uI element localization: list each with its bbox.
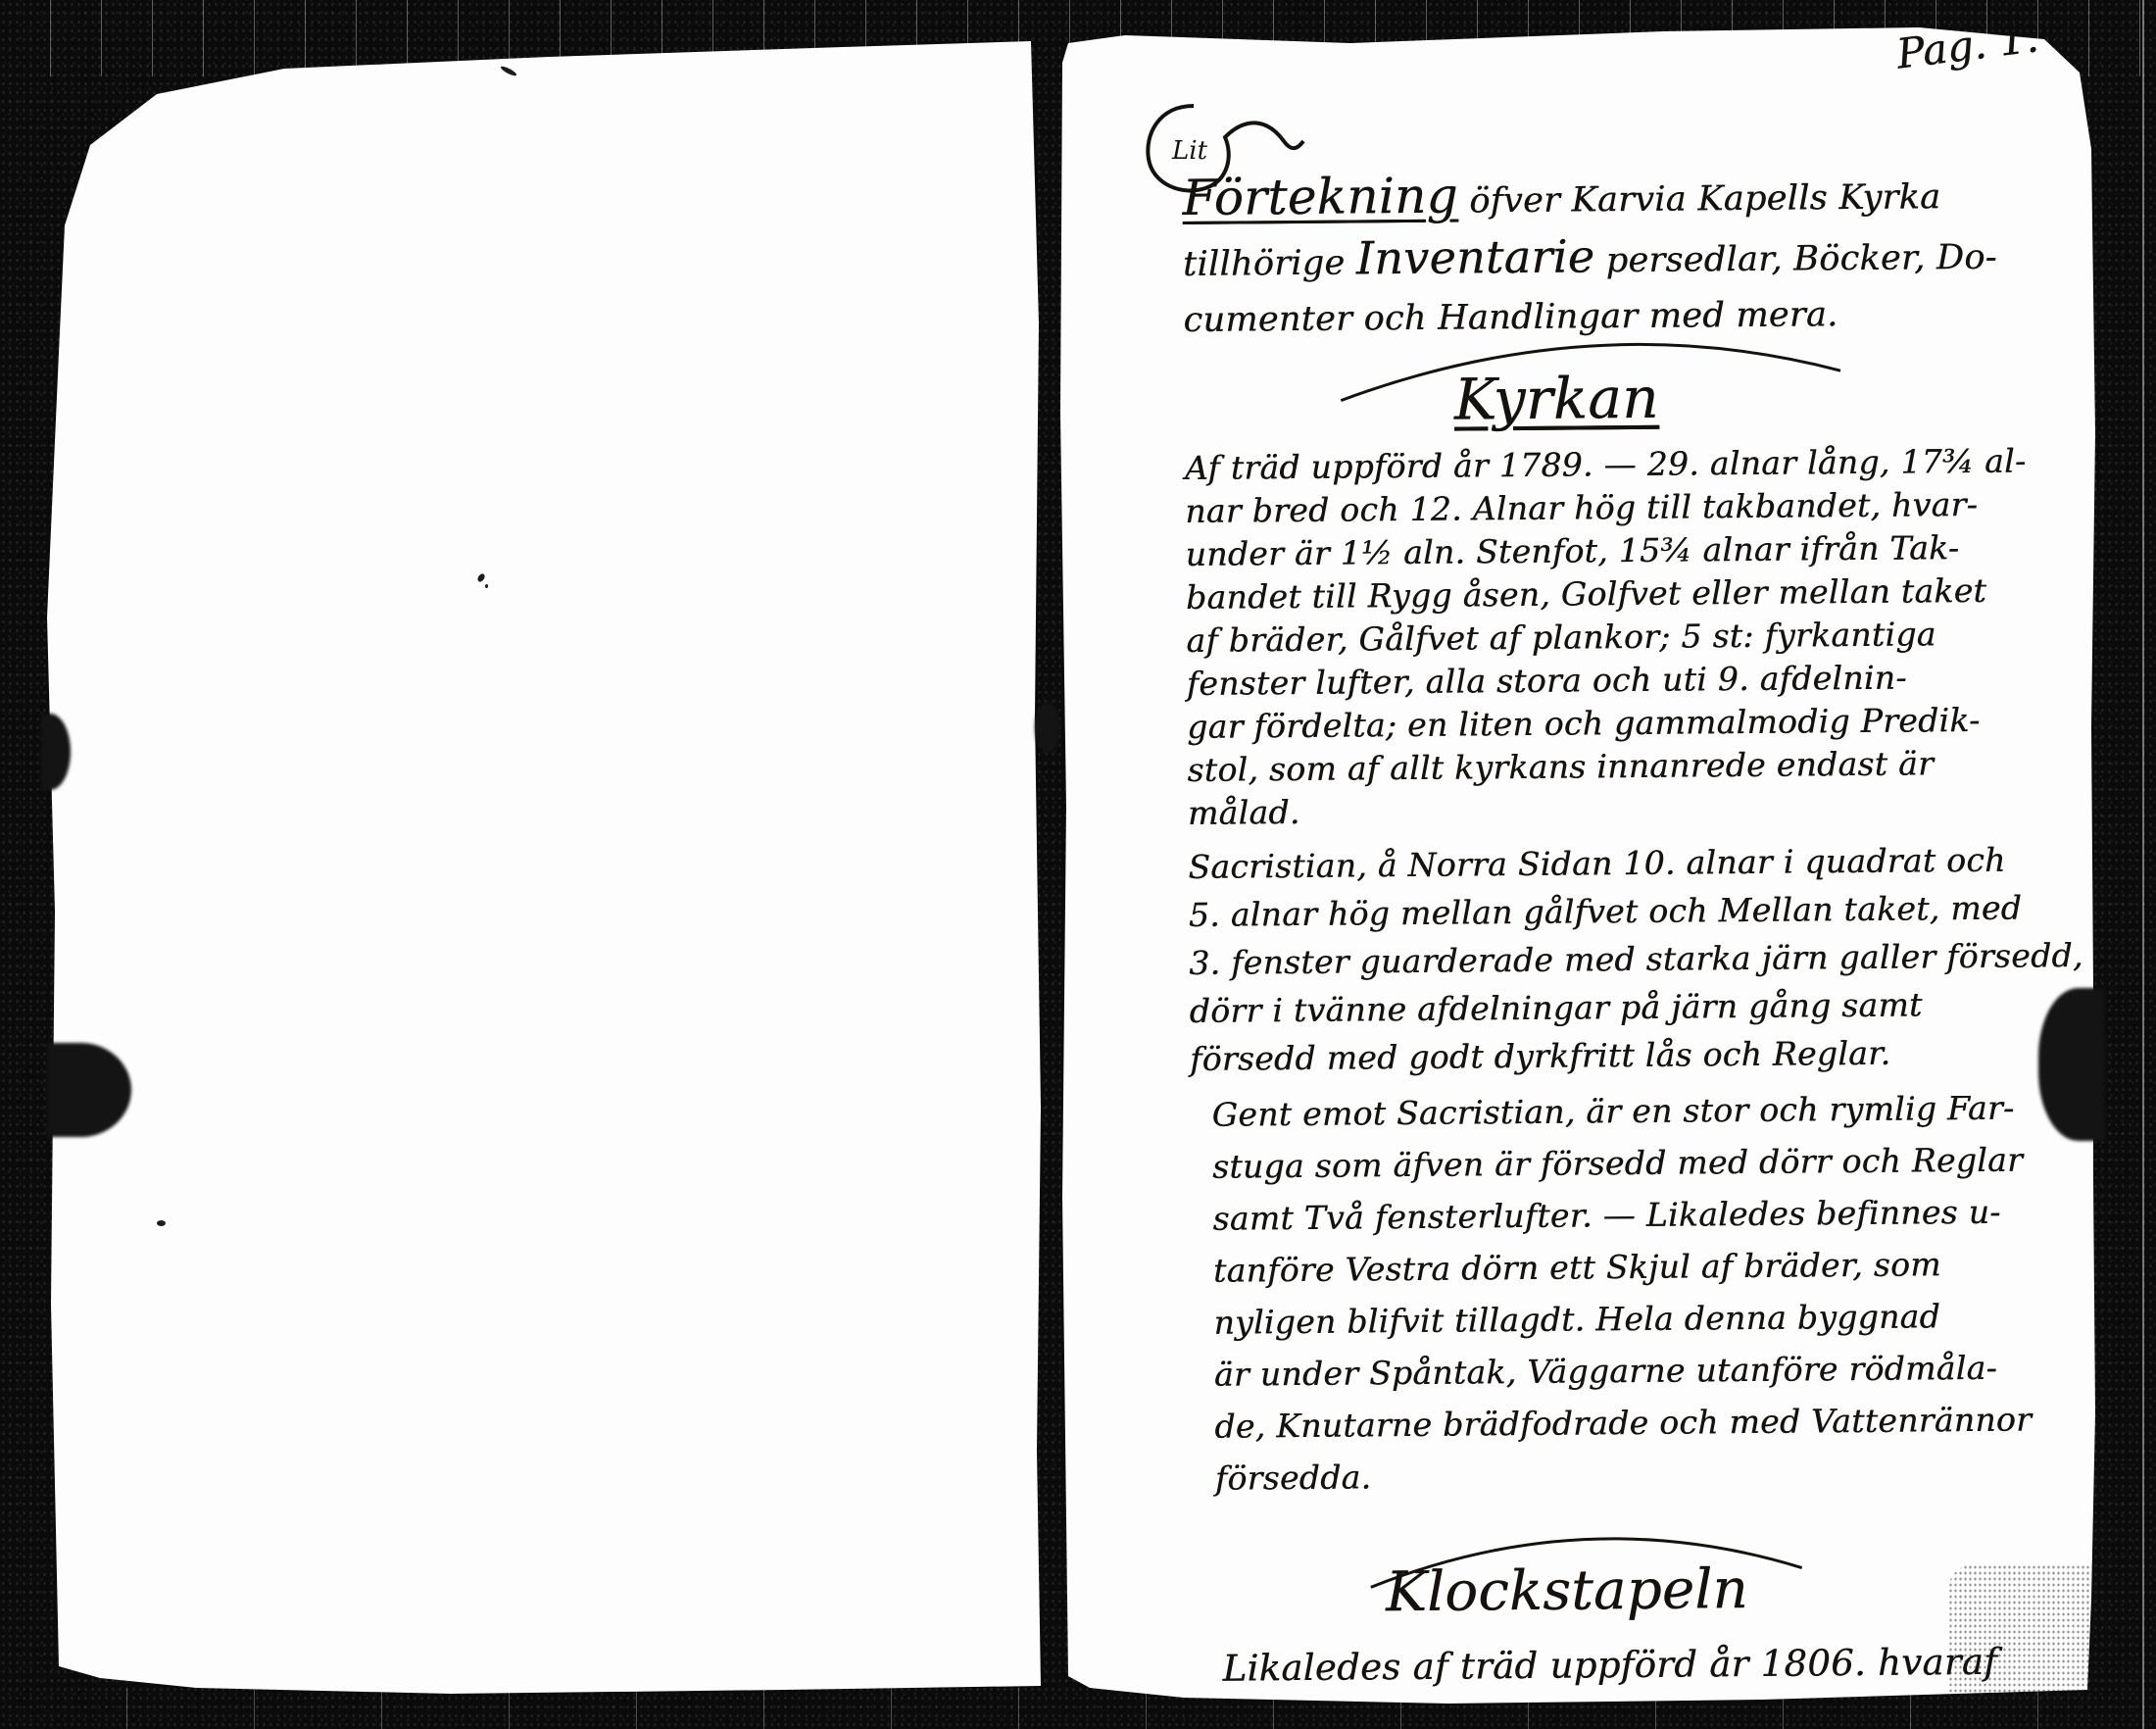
manuscript-line: under är 1½ aln. Stenfot, 15¾ alnar ifrå… — [1185, 525, 2077, 576]
manuscript-line: försedd med godt dyrkfritt lås och Regla… — [1190, 1027, 2082, 1083]
manuscript-line: gar fördelta; en liten och gammalmodig P… — [1187, 698, 2079, 749]
manuscript-line: nyligen blifvit tillagdt. Hela denna byg… — [1192, 1289, 2083, 1349]
manuscript-line: 3. fenster guarderade med starka järn ga… — [1189, 931, 2081, 987]
manuscript-line: nar bred och 12. Alnar hög till takbande… — [1185, 482, 2077, 533]
paragraph-sacristy: Sacristian, å Norra Sidan 10. alnar i qu… — [1188, 835, 2082, 1083]
title-line-2-rest: persedlar, Böcker, Do- — [1594, 238, 1997, 281]
title-lead-word: Förtekning — [1182, 168, 1458, 226]
scanner-edge-line — [2142, 0, 2144, 1729]
manuscript-line: Af träd uppförd år 1789. — 29. alnar lån… — [1185, 439, 2077, 490]
manuscript-line: Sacristian, å Norra Sidan 10. alnar i qu… — [1188, 835, 2080, 891]
manuscript-line: dörr i tvänne afdelningar på järn gång s… — [1189, 979, 2081, 1035]
manuscript-line: försedda. — [1194, 1445, 2085, 1505]
lit-label: Lit — [1171, 136, 1208, 166]
manuscript-line: 5. alnar hög mellan gålfvet och Mellan t… — [1189, 883, 2081, 939]
thumb-mark-right — [2038, 988, 2105, 1141]
title-word-inventarie: Inventarie — [1356, 229, 1595, 284]
manuscript-line: är under Spåntak, Väggarne utanföre rödm… — [1193, 1341, 2084, 1401]
heading-text: Klockstapeln — [1386, 1557, 1749, 1624]
scan-smudge-bottom-right — [1948, 1564, 2097, 1707]
title-line-1-rest: öfver Karvia Kapells Kyrka — [1458, 177, 1941, 221]
manuscript-line: bandet till Rygg åsen, Golfvet eller mel… — [1186, 568, 2078, 619]
heading-text: Kyrkan — [1453, 365, 1659, 433]
title-word-tillhorige: tillhörige — [1183, 243, 1356, 284]
scanned-book-spread: Pag. 1. Lit Förtekning öfver Karvia Kape… — [0, 0, 2156, 1729]
title-line-2: tillhörige Inventarie persedlar, Böcker,… — [1183, 224, 2076, 293]
left-page-blank — [39, 29, 1049, 1701]
manuscript-line: tanföre Vestra dörn ett Skjul af bräder,… — [1192, 1237, 2083, 1297]
paragraph-porch-and-shed: Gent emot Sacristian, är en stor och rym… — [1190, 1081, 2085, 1505]
section-heading-kyrkan: Kyrkan — [1184, 363, 2077, 433]
paragraph-church-description: Af träd uppförd år 1789. — 29. alnar lån… — [1185, 439, 2080, 835]
ink-speck — [485, 584, 488, 588]
right-page-manuscript: Pag. 1. Lit Förtekning öfver Karvia Kape… — [1056, 22, 2101, 1711]
manuscript-line: samt Två fensterlufter. — Likaledes befi… — [1191, 1185, 2082, 1245]
manuscript-line: Gent emot Sacristian, är en stor och rym… — [1190, 1081, 2082, 1141]
ink-speck — [476, 572, 486, 583]
manuscript-line: stuga som äfven är försedd med dörr och … — [1191, 1133, 2082, 1193]
manuscript-line: af bräder, Gålfvet af plankor; 5 st: fyr… — [1186, 612, 2078, 663]
ink-smudge — [500, 65, 517, 77]
spine-shadow-blob — [1035, 702, 1060, 753]
title-line-1: Förtekning öfver Karvia Kapells Kyrka — [1182, 163, 2075, 232]
manuscript-line: stol, som af allt kyrkans innanrede enda… — [1187, 741, 2079, 792]
manuscript-line: målad. — [1188, 784, 2080, 835]
manuscript-text-column: Förtekning öfver Karvia Kapells Kyrka ti… — [1182, 163, 2087, 1697]
ink-speck — [157, 1220, 166, 1226]
title-line-3: cumenter och Handlingar med mera. — [1183, 285, 2075, 349]
manuscript-line: de, Knutarne brädfodrade och med Vattenr… — [1193, 1393, 2084, 1453]
manuscript-line: fenster lufter, alla stora och uti 9. af… — [1187, 655, 2079, 706]
